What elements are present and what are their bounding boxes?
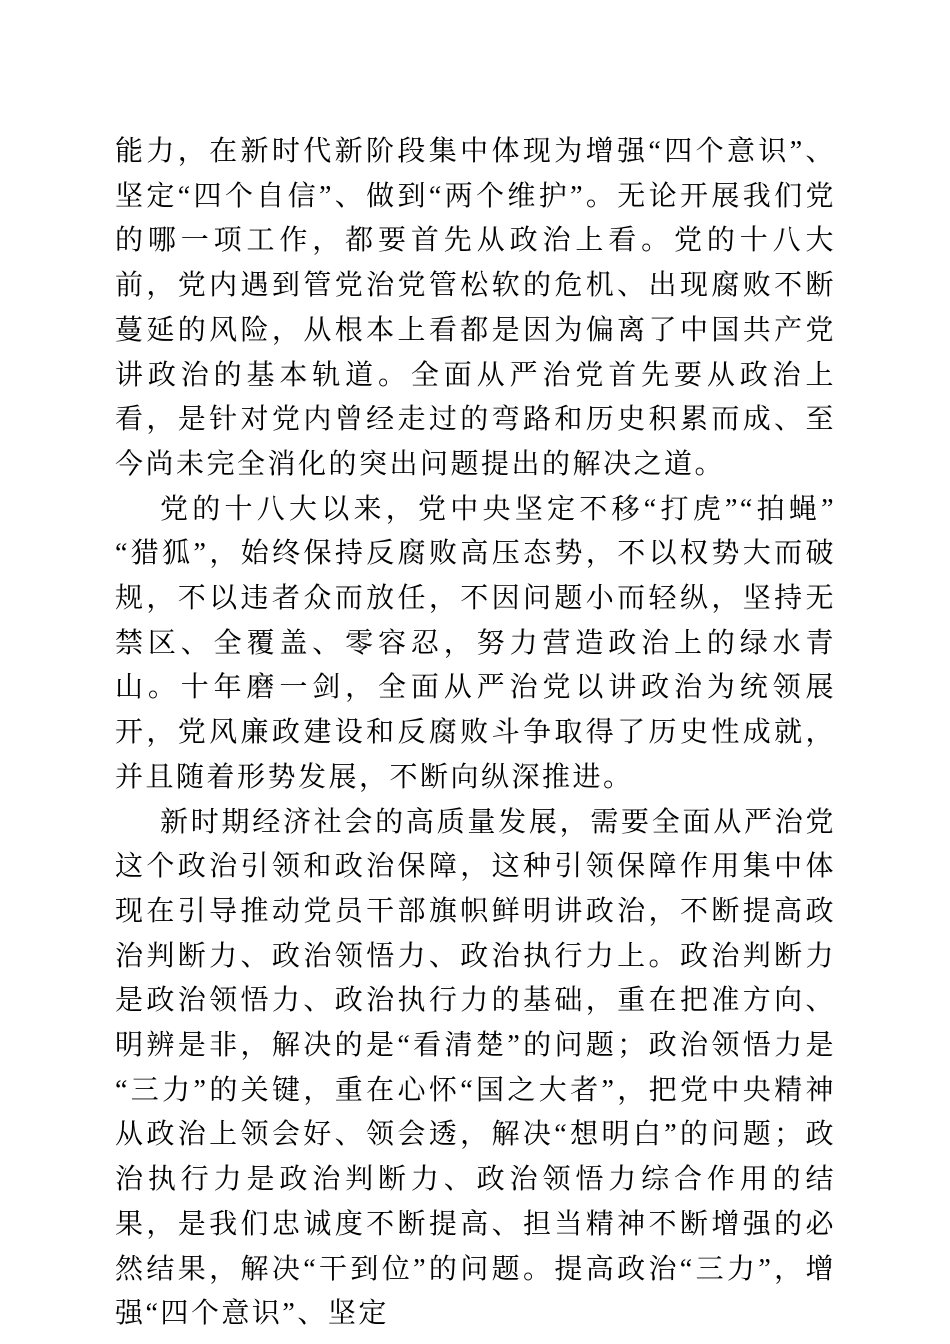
paragraph-political-capabilities: 新时期经济社会的高质量发展，需要全面从严治党这个政治引领和政治保障，这种引领保障…: [115, 801, 836, 1337]
document-page: 能力，在新时代新阶段集中体现为增强“四个意识”、坚定“四个自信”、做到“两个维护…: [0, 0, 950, 1344]
paragraph-continued-from-previous-page: 能力，在新时代新阶段集中体现为增强“四个意识”、坚定“四个自信”、做到“两个维护…: [115, 130, 836, 488]
document-text-block: 能力，在新时代新阶段集中体现为增强“四个意识”、坚定“四个自信”、做到“两个维护…: [115, 130, 836, 1337]
paragraph-anti-corruption: 党的十八大以来，党中央坚定不移“打虎”“拍蝇”“猎狐”，始终保持反腐败高压态势，…: [115, 488, 836, 801]
